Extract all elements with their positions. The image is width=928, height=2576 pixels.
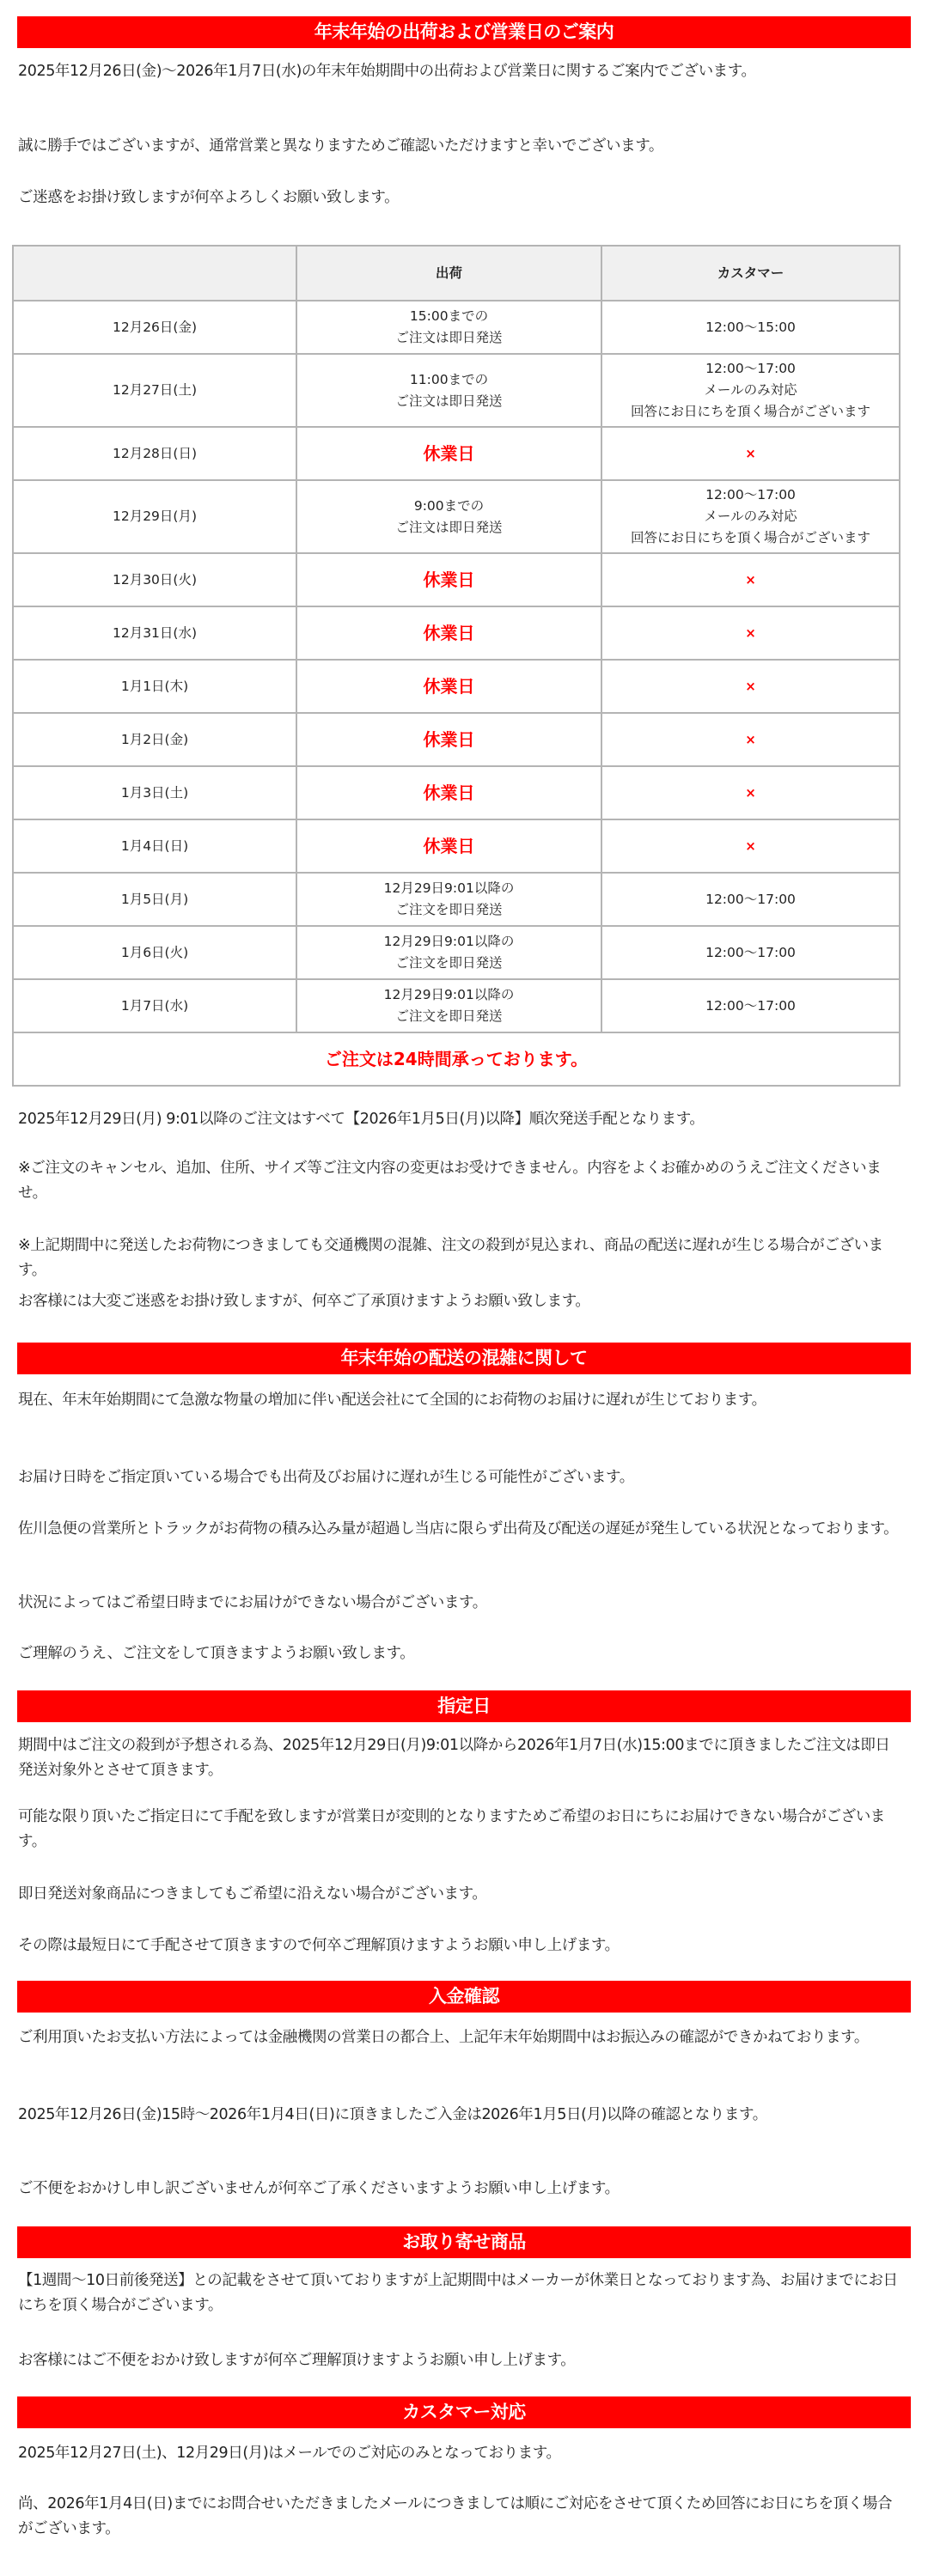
header-customer: カスタマー xyxy=(601,246,900,301)
schedule-table: 出荷 カスタマー 12月26日(金)15:00までのご注文は即日発送12:00～… xyxy=(12,245,901,1087)
customer-line: メールのみ対応 xyxy=(604,380,897,401)
table-row: 1月4日(日)休業日× xyxy=(13,819,900,873)
shipping-line: ご注文は即日発送 xyxy=(299,517,599,539)
order-change-note: ※ご注文のキャンセル、追加、住所、サイズ等ご注文内容の変更はお受けできません。内… xyxy=(18,1156,903,1206)
intro-paragraph-1: 2025年12月26日(金)～2026年1月7日(水)の年末年始期間中の出荷およ… xyxy=(18,59,903,84)
table-footer-row: ご注文は24時間承っております。 xyxy=(13,1032,900,1086)
customer-line: 12:00～17:00 xyxy=(604,484,897,506)
intro-paragraph-2: 誠に勝手ではございますが、通常営業と異なりますためご確認いただけますと幸いでござ… xyxy=(18,134,903,159)
shipping-line: ご注文は即日発送 xyxy=(299,327,599,349)
row-customer: × xyxy=(601,713,900,766)
shipping-arrangement-note: 2025年12月29日(月) 9:01以降のご注文はすべて【2026年1月5日(… xyxy=(18,1107,903,1132)
row-shipping: 11:00までのご注文は即日発送 xyxy=(296,354,601,427)
table-row: 12月26日(金)15:00までのご注文は即日発送12:00～15:00 xyxy=(13,301,900,354)
delivery-delay-note: ※上記期間中に発送したお荷物につきましても交通機関の混雑、注文の殺到が見込まれ、… xyxy=(18,1233,903,1283)
shipping-line: ご注文を即日発送 xyxy=(299,899,599,921)
row-customer: × xyxy=(601,819,900,873)
row-shipping: 12月29日9:01以降のご注文を即日発送 xyxy=(296,979,601,1032)
row-shipping: 12月29日9:01以降のご注文を即日発送 xyxy=(296,873,601,926)
header-shipping: 出荷 xyxy=(296,246,601,301)
specified-date-paragraph-2: 可能な限り頂いたご指定日にて手配を致しますが営業日が変則的となりますためご希望の… xyxy=(18,1805,903,1854)
row-date: 12月27日(土) xyxy=(13,354,296,427)
holiday-label: 休業日 xyxy=(299,676,599,697)
customer-line: 12:00～17:00 xyxy=(604,889,897,910)
table-row: 1月3日(土)休業日× xyxy=(13,766,900,819)
shipping-line: 12月29日9:01以降の xyxy=(299,878,599,899)
row-shipping: 休業日 xyxy=(296,660,601,713)
shipping-line: ご注文を即日発送 xyxy=(299,953,599,974)
closed-cross-icon: × xyxy=(604,783,897,804)
shipping-line: 15:00までの xyxy=(299,306,599,327)
row-date: 12月26日(金) xyxy=(13,301,296,354)
row-customer: 12:00～17:00 xyxy=(601,979,900,1032)
shipping-line: 12月29日9:01以降の xyxy=(299,984,599,1006)
row-shipping: 休業日 xyxy=(296,606,601,660)
row-date: 1月7日(水) xyxy=(13,979,296,1032)
row-shipping: 休業日 xyxy=(296,819,601,873)
specified-date-paragraph-1: 期間中はご注文の殺到が予想される為、2025年12月29日(月)9:01以降から… xyxy=(18,1733,903,1783)
closed-cross-icon: × xyxy=(604,623,897,644)
table-row: 1月6日(火)12月29日9:01以降のご注文を即日発送12:00～17:00 xyxy=(13,926,900,979)
row-date: 12月29日(月) xyxy=(13,480,296,553)
row-date: 1月1日(木) xyxy=(13,660,296,713)
customer-line: 12:00～17:00 xyxy=(604,996,897,1017)
shipping-line: 9:00までの xyxy=(299,496,599,517)
table-row: 12月31日(水)休業日× xyxy=(13,606,900,660)
row-customer: 12:00～17:00 xyxy=(601,873,900,926)
backorder-paragraph-2: お客様にはご不便をおかけ致しますが何卒ご理解頂けますようお願い申し上げます。 xyxy=(18,2348,903,2373)
shipping-line: ご注文を即日発送 xyxy=(299,1006,599,1027)
table-header-row: 出荷 カスタマー xyxy=(13,246,900,301)
row-shipping: 9:00までのご注文は即日発送 xyxy=(296,480,601,553)
closed-cross-icon: × xyxy=(604,569,897,591)
row-customer: 12:00～17:00メールのみ対応回答にお日にちを頂く場合がございます xyxy=(601,354,900,427)
payment-paragraph-3: ご不便をおかけし申し訳ございませんが何卒ご了承くださいますようお願い申し上げます… xyxy=(18,2177,903,2201)
congestion-paragraph-3: 佐川急便の営業所とトラックがお荷物の積み込み量が超過し当店に限らず出荷及び配送の… xyxy=(18,1517,903,1542)
row-date: 12月31日(水) xyxy=(13,606,296,660)
section-heading-delivery-congestion: 年末年始の配送の混雑に関して xyxy=(17,1343,911,1374)
table-row: 12月28日(日)休業日× xyxy=(13,427,900,480)
customer-line: 12:00～15:00 xyxy=(604,317,897,338)
holiday-label: 休業日 xyxy=(299,836,599,857)
closed-cross-icon: × xyxy=(604,443,897,465)
row-customer: × xyxy=(601,660,900,713)
section-heading-customer-support: カスタマー対応 xyxy=(17,2396,911,2428)
customer-line: 回答にお日にちを頂く場合がございます xyxy=(604,401,897,423)
table-row: 12月30日(火)休業日× xyxy=(13,553,900,606)
section-heading-backorder-items: お取り寄せ商品 xyxy=(17,2226,911,2258)
table-row: 1月7日(水)12月29日9:01以降のご注文を即日発送12:00～17:00 xyxy=(13,979,900,1032)
row-shipping: 休業日 xyxy=(296,427,601,480)
order-24h-note: ご注文は24時間承っております。 xyxy=(13,1032,900,1086)
specified-date-paragraph-3: 即日発送対象商品につきましてもご希望に沿えない場合がございます。 xyxy=(18,1882,903,1907)
row-customer: 12:00～15:00 xyxy=(601,301,900,354)
shipping-line: ご注文は即日発送 xyxy=(299,391,599,412)
customer-line: 回答にお日にちを頂く場合がございます xyxy=(604,527,897,549)
closed-cross-icon: × xyxy=(604,676,897,697)
payment-paragraph-2: 2025年12月26日(金)15時～2026年1月4日(日)に頂きましたご入金は… xyxy=(18,2103,903,2128)
backorder-paragraph-1: 【1週間～10日前後発送】との記載をさせて頂いておりますが上記期間中はメーカーが… xyxy=(18,2268,903,2318)
intro-paragraph-3: ご迷惑をお掛け致しますが何卒よろしくお願い致します。 xyxy=(18,186,903,210)
table-row: 1月1日(木)休業日× xyxy=(13,660,900,713)
row-date: 12月28日(日) xyxy=(13,427,296,480)
table-row: 1月5日(月)12月29日9:01以降のご注文を即日発送12:00～17:00 xyxy=(13,873,900,926)
holiday-label: 休業日 xyxy=(299,443,599,465)
customer-line: 12:00～17:00 xyxy=(604,358,897,380)
row-date: 1月4日(日) xyxy=(13,819,296,873)
row-shipping: 休業日 xyxy=(296,713,601,766)
schedule-table-body: 12月26日(金)15:00までのご注文は即日発送12:00～15:0012月2… xyxy=(13,301,900,1032)
row-shipping: 休業日 xyxy=(296,766,601,819)
congestion-paragraph-1: 現在、年末年始期間にて急激な物量の増加に伴い配送会社にて全国的にお荷物のお届けに… xyxy=(18,1388,903,1413)
apology-note: お客様には大変ご迷惑をお掛け致しますが、何卒ご了承頂けますようお願い致します。 xyxy=(18,1289,903,1314)
header-date xyxy=(13,246,296,301)
table-row: 12月27日(土)11:00までのご注文は即日発送12:00～17:00メールの… xyxy=(13,354,900,427)
holiday-label: 休業日 xyxy=(299,729,599,751)
congestion-paragraph-5: ご理解のうえ、ご注文をして頂きますようお願い致します。 xyxy=(18,1641,903,1666)
holiday-label: 休業日 xyxy=(299,623,599,644)
row-date: 1月5日(月) xyxy=(13,873,296,926)
row-date: 1月3日(土) xyxy=(13,766,296,819)
table-row: 12月29日(月)9:00までのご注文は即日発送12:00～17:00メールのみ… xyxy=(13,480,900,553)
row-shipping: 12月29日9:01以降のご注文を即日発送 xyxy=(296,926,601,979)
row-date: 1月2日(金) xyxy=(13,713,296,766)
row-customer: × xyxy=(601,553,900,606)
customer-support-paragraph-1: 2025年12月27日(土)、12月29日(月)はメールでのご対応のみとなってお… xyxy=(18,2441,903,2466)
closed-cross-icon: × xyxy=(604,836,897,857)
shipping-line: 12月29日9:01以降の xyxy=(299,931,599,953)
section-heading-specified-date: 指定日 xyxy=(17,1690,911,1722)
table-row: 1月2日(金)休業日× xyxy=(13,713,900,766)
row-date: 12月30日(火) xyxy=(13,553,296,606)
specified-date-paragraph-4: その際は最短日にて手配させて頂きますので何卒ご理解頂けますようお願い申し上げます… xyxy=(18,1934,903,1958)
row-customer: 12:00～17:00 xyxy=(601,926,900,979)
congestion-paragraph-2: お届け日時をご指定頂いている場合でも出荷及びお届けに遅れが生じる可能性がございま… xyxy=(18,1465,903,1490)
customer-line: メールのみ対応 xyxy=(604,506,897,527)
payment-paragraph-1: ご利用頂いたお支払い方法によっては金融機関の営業日の都合上、上記年末年始期間中は… xyxy=(18,2025,903,2050)
holiday-label: 休業日 xyxy=(299,783,599,804)
shipping-line: 11:00までの xyxy=(299,369,599,391)
row-date: 1月6日(火) xyxy=(13,926,296,979)
row-customer: × xyxy=(601,606,900,660)
customer-line: 12:00～17:00 xyxy=(604,942,897,964)
row-customer: × xyxy=(601,766,900,819)
closed-cross-icon: × xyxy=(604,729,897,751)
row-shipping: 休業日 xyxy=(296,553,601,606)
row-shipping: 15:00までのご注文は即日発送 xyxy=(296,301,601,354)
section-heading-intro: 年末年始の出荷および営業日のご案内 xyxy=(17,16,911,48)
customer-support-paragraph-2: 尚、2026年1月4日(日)までにお問合せいただきましたメールにつきましては順に… xyxy=(18,2492,903,2542)
holiday-label: 休業日 xyxy=(299,569,599,591)
row-customer: 12:00～17:00メールのみ対応回答にお日にちを頂く場合がございます xyxy=(601,480,900,553)
row-customer: × xyxy=(601,427,900,480)
section-heading-payment-confirmation: 入金確認 xyxy=(17,1981,911,2013)
congestion-paragraph-4: 状況によってはご希望日時までにお届けができない場合がございます。 xyxy=(18,1591,903,1616)
